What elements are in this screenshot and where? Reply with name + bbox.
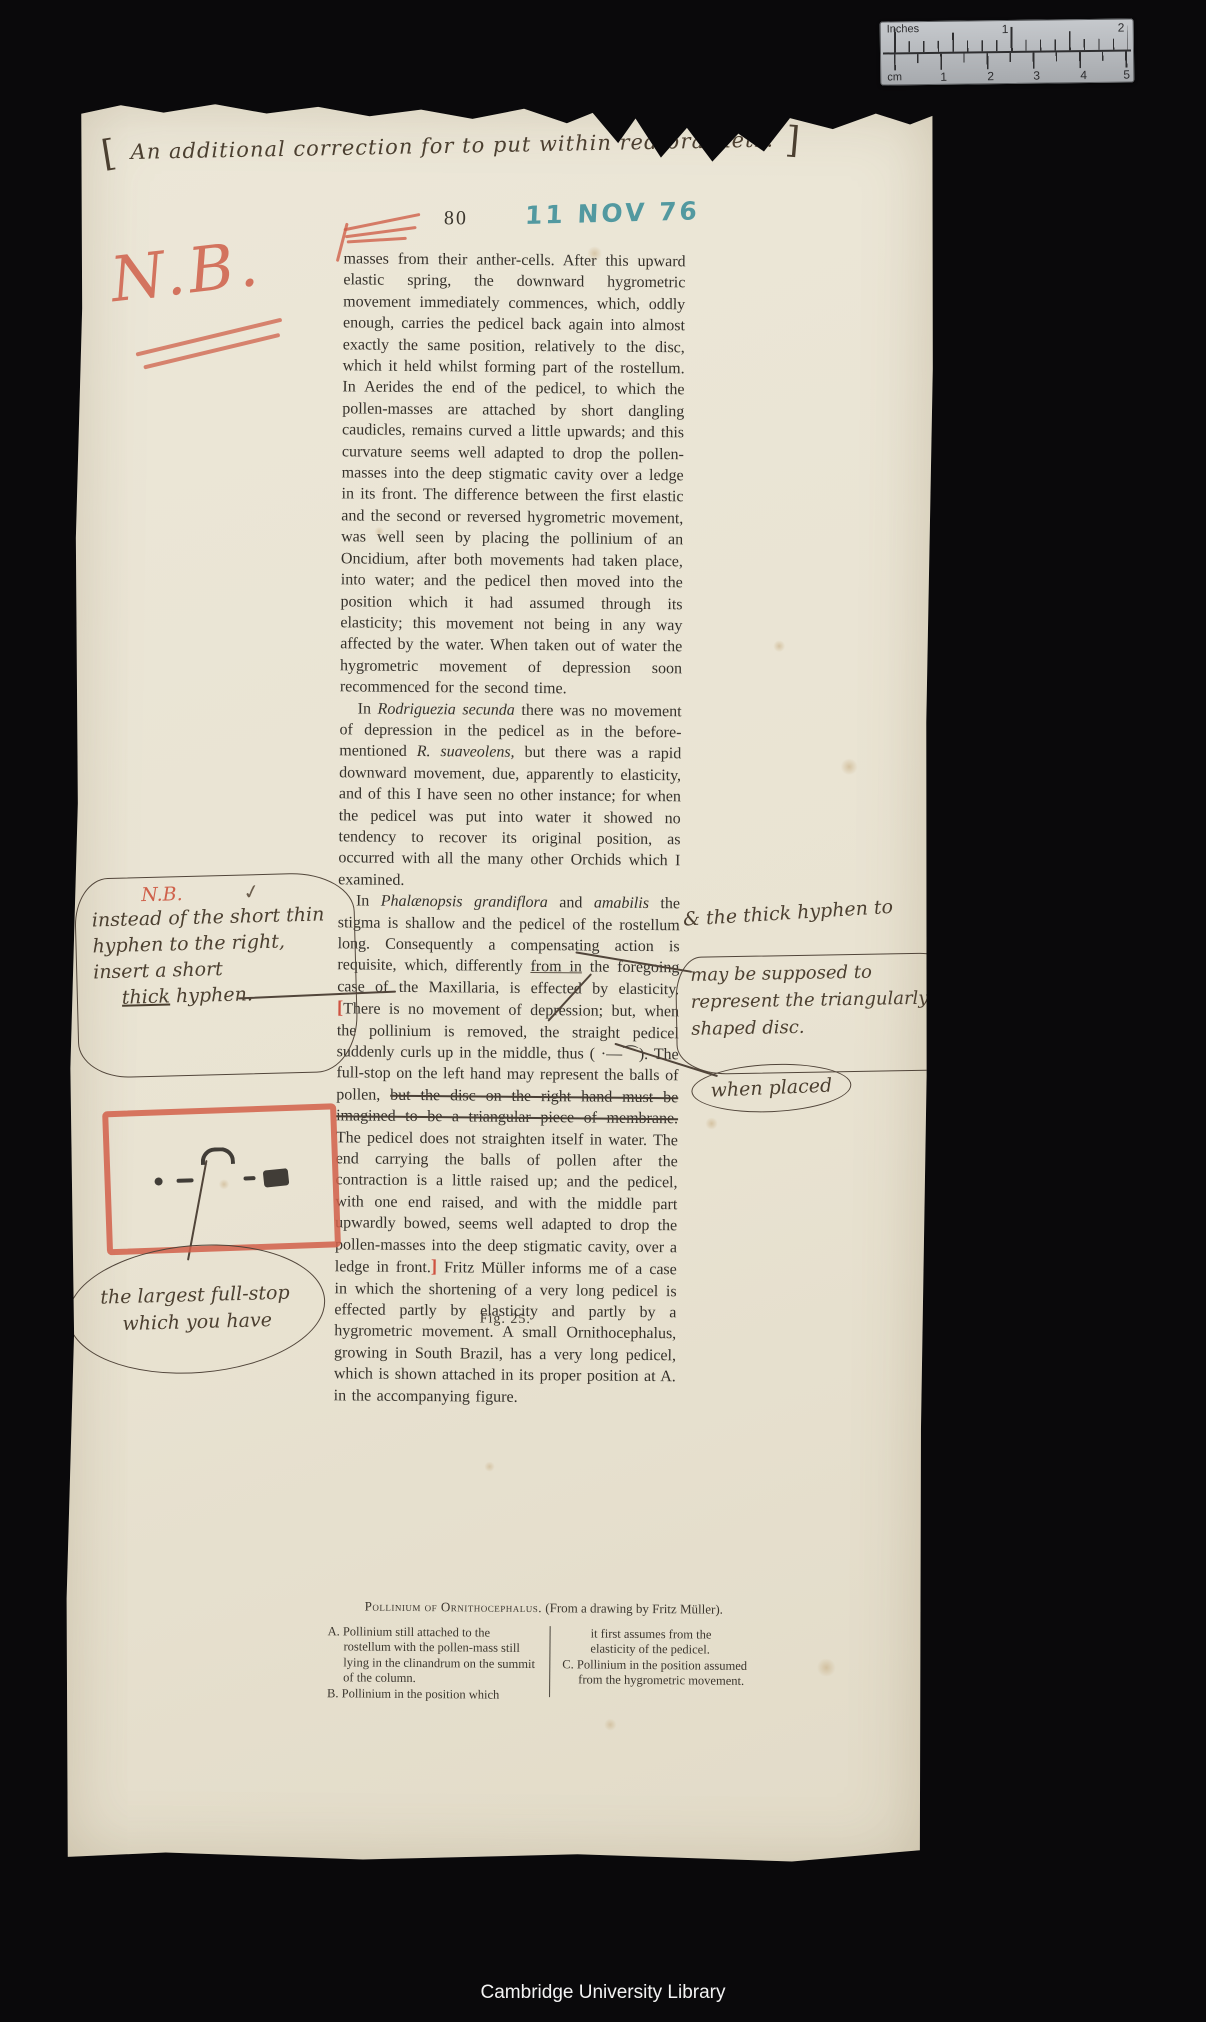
open-bracket-mark: [ bbox=[99, 132, 120, 175]
balloon-line: shaped disc. bbox=[691, 1011, 967, 1043]
thick-word: thick bbox=[122, 985, 171, 1008]
full-stop-symbol bbox=[154, 1177, 162, 1185]
caption-item-b: B. Pollinium in the position which bbox=[327, 1686, 539, 1703]
paragraph: In Rodriguezia secunda there was no move… bbox=[338, 698, 682, 894]
figure-caption: Pollinium of Ornithocephalus. (From a dr… bbox=[327, 1598, 760, 1705]
top-note-text: An additional correction for to put with… bbox=[130, 128, 774, 164]
document-page: [An additional correction for to put wit… bbox=[63, 96, 936, 1871]
right-margin-balloon: may be supposed to represent the triangu… bbox=[675, 952, 969, 1075]
ruler-cm-5: 5 bbox=[1123, 67, 1130, 81]
figure-label: Fig. 25. bbox=[334, 1310, 676, 1329]
caption-credit: (From a drawing by Fritz Müller). bbox=[545, 1600, 723, 1617]
caption-item-b-cont: it first assumes from the elasticity of … bbox=[562, 1626, 752, 1659]
date-stamp: 11 NOV 76 bbox=[524, 196, 700, 230]
stain bbox=[840, 759, 858, 775]
ruler-cm-4: 4 bbox=[1080, 68, 1087, 82]
left-margin-balloon: N.B. instead of the short thin hyphen to… bbox=[74, 872, 359, 1079]
scan-backdrop: Inches 1 2 1 2 3 4 5 cm [An additional c… bbox=[0, 0, 1206, 2022]
ruler-cm-3: 3 bbox=[1033, 69, 1040, 83]
balloon-line: represent the triangularly bbox=[691, 984, 967, 1016]
caption-item-a: A. Pollinium still attached to the roste… bbox=[327, 1624, 540, 1688]
arc-symbol bbox=[200, 1147, 235, 1165]
thick-hyphen-symbol bbox=[263, 1168, 290, 1188]
full-stop-note-balloon: the largest full-stop which you have bbox=[63, 1235, 330, 1383]
balloon-line: which you have bbox=[122, 1307, 272, 1338]
dash-symbol bbox=[243, 1176, 255, 1180]
right-margin-note: & the thick hyphen to bbox=[682, 896, 893, 931]
caption-title-line: Pollinium of Ornithocephalus. (From a dr… bbox=[328, 1598, 760, 1617]
stain bbox=[773, 640, 785, 652]
ruler-cm-1: 1 bbox=[940, 70, 947, 84]
paragraph: masses from their anther-cells. After th… bbox=[340, 248, 686, 700]
stain bbox=[816, 1659, 836, 1677]
red-correction-box bbox=[102, 1103, 341, 1255]
paragraph: In Phalænopsis grandiflora and amabilis … bbox=[334, 890, 680, 1409]
top-handwritten-note: [An additional correction for to put wit… bbox=[101, 118, 912, 175]
measurement-ruler: Inches 1 2 1 2 3 4 5 cm bbox=[880, 18, 1135, 85]
caption-left-column: A. Pollinium still attached to the roste… bbox=[327, 1624, 550, 1703]
ruler-inch-1: 1 bbox=[1002, 22, 1009, 36]
ruler-inch-2: 2 bbox=[1118, 21, 1125, 35]
stain bbox=[604, 1719, 617, 1731]
close-bracket-mark: ] bbox=[784, 120, 802, 162]
page-number: 80 bbox=[444, 207, 468, 230]
caption-title: Pollinium of Ornithocephalus. bbox=[365, 1599, 542, 1616]
stain bbox=[484, 1462, 495, 1472]
caption-right-column: it first assumes from the elasticity of … bbox=[550, 1626, 753, 1705]
stain bbox=[705, 1118, 718, 1130]
balloon-line: when placed bbox=[710, 1074, 832, 1101]
ruler-cm-2: 2 bbox=[987, 69, 994, 83]
body-text: masses from their anther-cells. After th… bbox=[334, 248, 686, 1409]
dash-symbol bbox=[177, 1178, 194, 1183]
caption-item-c: C. Pollinium in the position assumed fro… bbox=[562, 1657, 752, 1690]
nb-red-annotation: N.B. bbox=[107, 227, 266, 317]
ruler-cm-label: cm bbox=[887, 71, 902, 83]
library-attribution: Cambridge University Library bbox=[0, 1982, 1206, 2004]
